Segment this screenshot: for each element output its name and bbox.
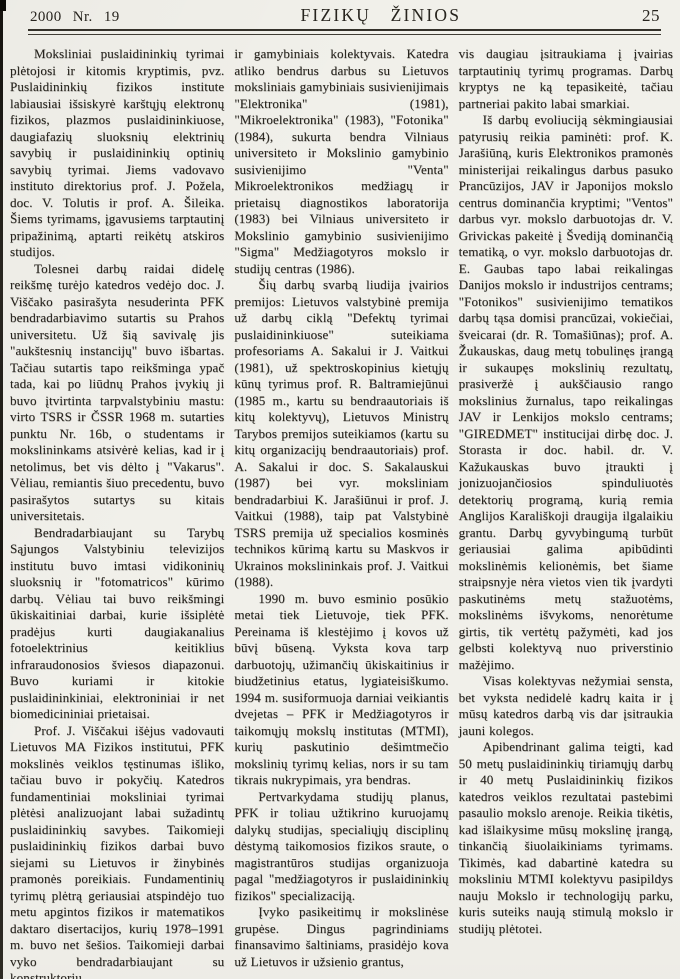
scan-edge-artifact	[0, 0, 3, 979]
paragraph: vis daugiau įsitraukiama į įvairias tarp…	[459, 46, 673, 112]
issue-label: 2000 Nr. 19	[30, 9, 120, 26]
paragraph: ir gamybiniais kolektyvais. Katedra atli…	[234, 46, 448, 277]
paragraph: Prof. J. Viščakui išėjus vadovauti Lietu…	[10, 723, 224, 979]
scanned-journal-page: 2000 Nr. 19 FIZIKŲ ŽINIOS 25 Moksliniai …	[0, 0, 680, 979]
paragraph: Šių darbų svarbą liudija įvairios premij…	[234, 277, 448, 591]
column-1: Moksliniai puslaidininkių tyrimai plėtoj…	[10, 46, 224, 976]
paragraph: Pertvarkydama studijų planus, PFK ir tol…	[234, 789, 448, 905]
paragraph: Iš darbų evoliuciją sėkmingiausiai patyr…	[459, 112, 673, 673]
paragraph: Visas kolektyvas nežymiai sensta, bet vy…	[459, 673, 673, 739]
paragraph: 1990 m. buvo esminio posūkio metai tiek …	[234, 591, 448, 789]
column-2: ir gamybiniais kolektyvais. Katedra atli…	[234, 46, 448, 976]
paragraph: Tolesnei darbų raidai didelę reikšmę tur…	[10, 261, 224, 525]
journal-title: FIZIKŲ ŽINIOS	[120, 5, 642, 26]
page-header: 2000 Nr. 19 FIZIKŲ ŽINIOS 25	[30, 5, 660, 26]
article-body: Moksliniai puslaidininkių tyrimai plėtoj…	[10, 46, 673, 976]
page-number: 25	[642, 6, 660, 26]
header-double-rule	[28, 29, 661, 35]
column-3: vis daugiau įsitraukiama į įvairias tarp…	[459, 46, 673, 976]
paragraph: Moksliniai puslaidininkių tyrimai plėtoj…	[10, 46, 224, 261]
paragraph: Apibendrinant galima teigti, kad 50 metų…	[459, 739, 673, 937]
scan-corner-artifact	[0, 0, 6, 11]
paragraph: Įvyko pasikeitimų ir mokslinėse grupėse.…	[234, 904, 448, 970]
paragraph: Bendradarbiaujant su Tarybų Sąjungos Val…	[10, 525, 224, 723]
